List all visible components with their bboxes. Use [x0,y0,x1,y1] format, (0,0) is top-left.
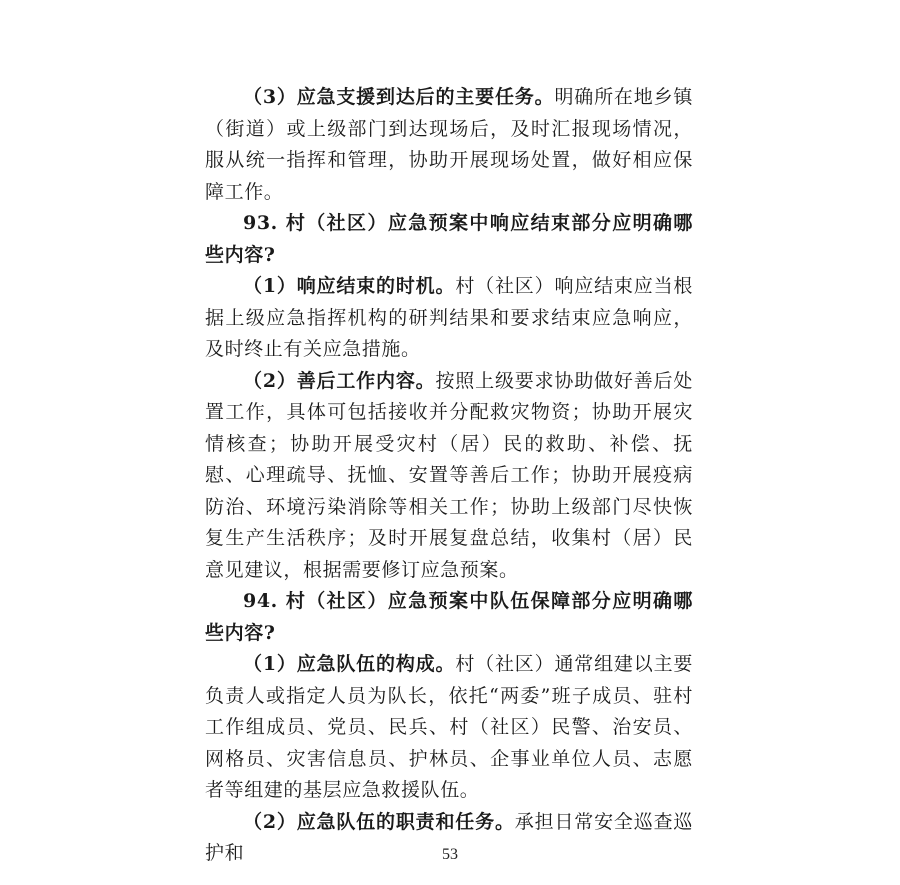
paragraph-lead: （1）应急队伍的构成。 [243,653,455,675]
paragraph-lead: （1）响应结束的时机。 [243,275,455,297]
paragraph-support-tasks: （3）应急支援到达后的主要任务。明确所在地乡镇（街道）或上级部门到达现场后，及时… [205,82,693,208]
question-93: 93. 村（社区）应急预案中响应结束部分应明确哪些内容? [205,208,693,271]
paragraph-team-composition: （1）应急队伍的构成。村（社区）通常组建以主要负责人或指定人员为队长，依托“两委… [205,649,693,807]
paragraph-lead: （3）应急支援到达后的主要任务。 [243,86,554,108]
question-94: 94. 村（社区）应急预案中队伍保障部分应明确哪些内容? [205,586,693,649]
page-number: 53 [0,846,900,864]
paragraph-response-end-timing: （1）响应结束的时机。村（社区）响应结束应当根据上级应急指挥机构的研判结果和要求… [205,271,693,366]
paragraph-aftermath-work: （2）善后工作内容。按照上级要求协助做好善后处置工作，具体可包括接收并分配救灾物… [205,366,693,587]
paragraph-body: 按照上级要求协助做好善后处置工作，具体可包括接收并分配救灾物资；协助开展灾情核查… [205,370,693,581]
paragraph-lead: （2）善后工作内容。 [243,370,435,392]
paragraph-body: 村（社区）通常组建以主要负责人或指定人员为队长，依托“两委”班子成员、驻村工作组… [205,653,693,801]
paragraph-lead: （2）应急队伍的职责和任务。 [243,811,515,833]
document-page: （3）应急支援到达后的主要任务。明确所在地乡镇（街道）或上级部门到达现场后，及时… [205,82,693,870]
